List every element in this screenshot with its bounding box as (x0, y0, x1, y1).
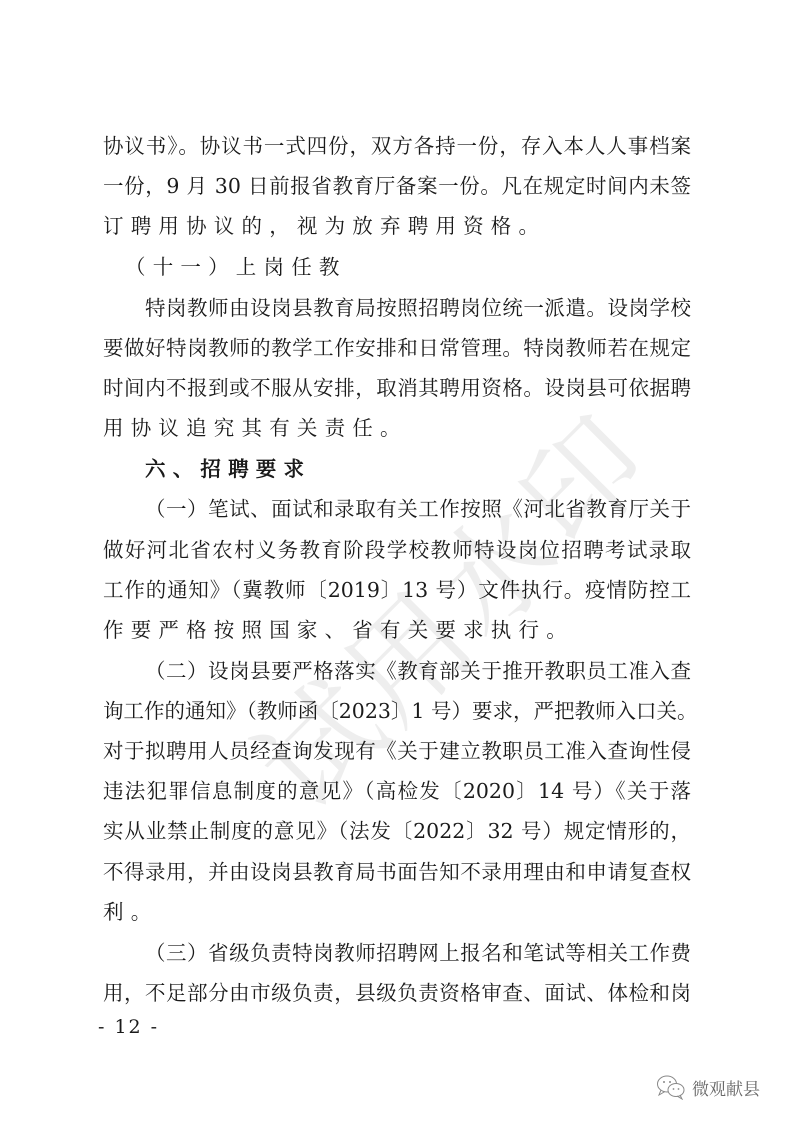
paragraph-line: 违法犯罪信息制度的意见》（高检发〔2020〕14 号）《关于落 (103, 776, 691, 806)
page-number: - 12 - (98, 1014, 159, 1040)
wechat-icon (656, 1074, 686, 1100)
paragraph-line: 特岗教师由设岗县教育局按照招聘岗位统一派遣。设岗学校 (145, 293, 691, 323)
paragraph-line: 工作的通知》（冀教师〔2019〕13 号）文件执行。疫情防控工 (103, 575, 691, 605)
paragraph-line: 询工作的通知》（教师函〔2023〕1 号）要求，严把教师入口关。 (103, 696, 691, 726)
brand-name: 微观献县 (692, 1075, 760, 1100)
paragraph-line: （一）笔试、面试和录取有关工作按照《河北省教育厅关于 (145, 494, 691, 524)
section-heading: 六、招聘要求 (145, 454, 691, 484)
paragraph-line: （三）省级负责特岗教师招聘网上报名和笔试等相关工作费 (145, 938, 691, 968)
paragraph-line: 对于拟聘用人员经查询发现有《关于建立教职员工准入查询性侵 (103, 736, 691, 766)
paragraph-line: （二）设岗县要严格落实《教育部关于推开教职员工准入查 (145, 656, 691, 686)
section-subheading: （十一）上岗任教 (125, 252, 671, 282)
paragraph-line: 用，不足部分由市级负责，县级负责资格审查、面试、体检和岗 (103, 978, 691, 1008)
paragraph-line: 作要严格按照国家、省有关要求执行。 (103, 615, 691, 645)
paragraph-line: 不得录用，并由设岗县教育局书面告知不录用理由和申请复查权 (103, 857, 691, 887)
paragraph-line: 要做好特岗教师的教学工作安排和日常管理。特岗教师若在规定 (103, 333, 691, 363)
paragraph-line: 一份，9 月 30 日前报省教育厅备案一份。凡在规定时间内未签 (103, 171, 691, 201)
paragraph-line: 利。 (103, 897, 691, 927)
paragraph-line: 做好河北省农村义务教育阶段学校教师特设岗位招聘考试录取 (103, 535, 691, 565)
paragraph-line: 时间内不报到或不服从安排，取消其聘用资格。设岗县可依据聘 (103, 373, 691, 403)
document-page: 试用水印 协议书》。协议书一式四份，双方各持一份，存入本人人事档案 一份，9 月… (0, 0, 794, 1123)
paragraph-line: 用协议追究其有关责任。 (103, 413, 691, 443)
paragraph-line: 实从业禁止制度的意见》（法发〔2022〕32 号）规定情形的， (103, 816, 691, 846)
brand-watermark: 微观献县 (656, 1074, 760, 1100)
paragraph-line: 订聘用协议的，视为放弃聘用资格。 (103, 211, 691, 241)
paragraph-line: 协议书》。协议书一式四份，双方各持一份，存入本人人事档案 (103, 131, 691, 161)
